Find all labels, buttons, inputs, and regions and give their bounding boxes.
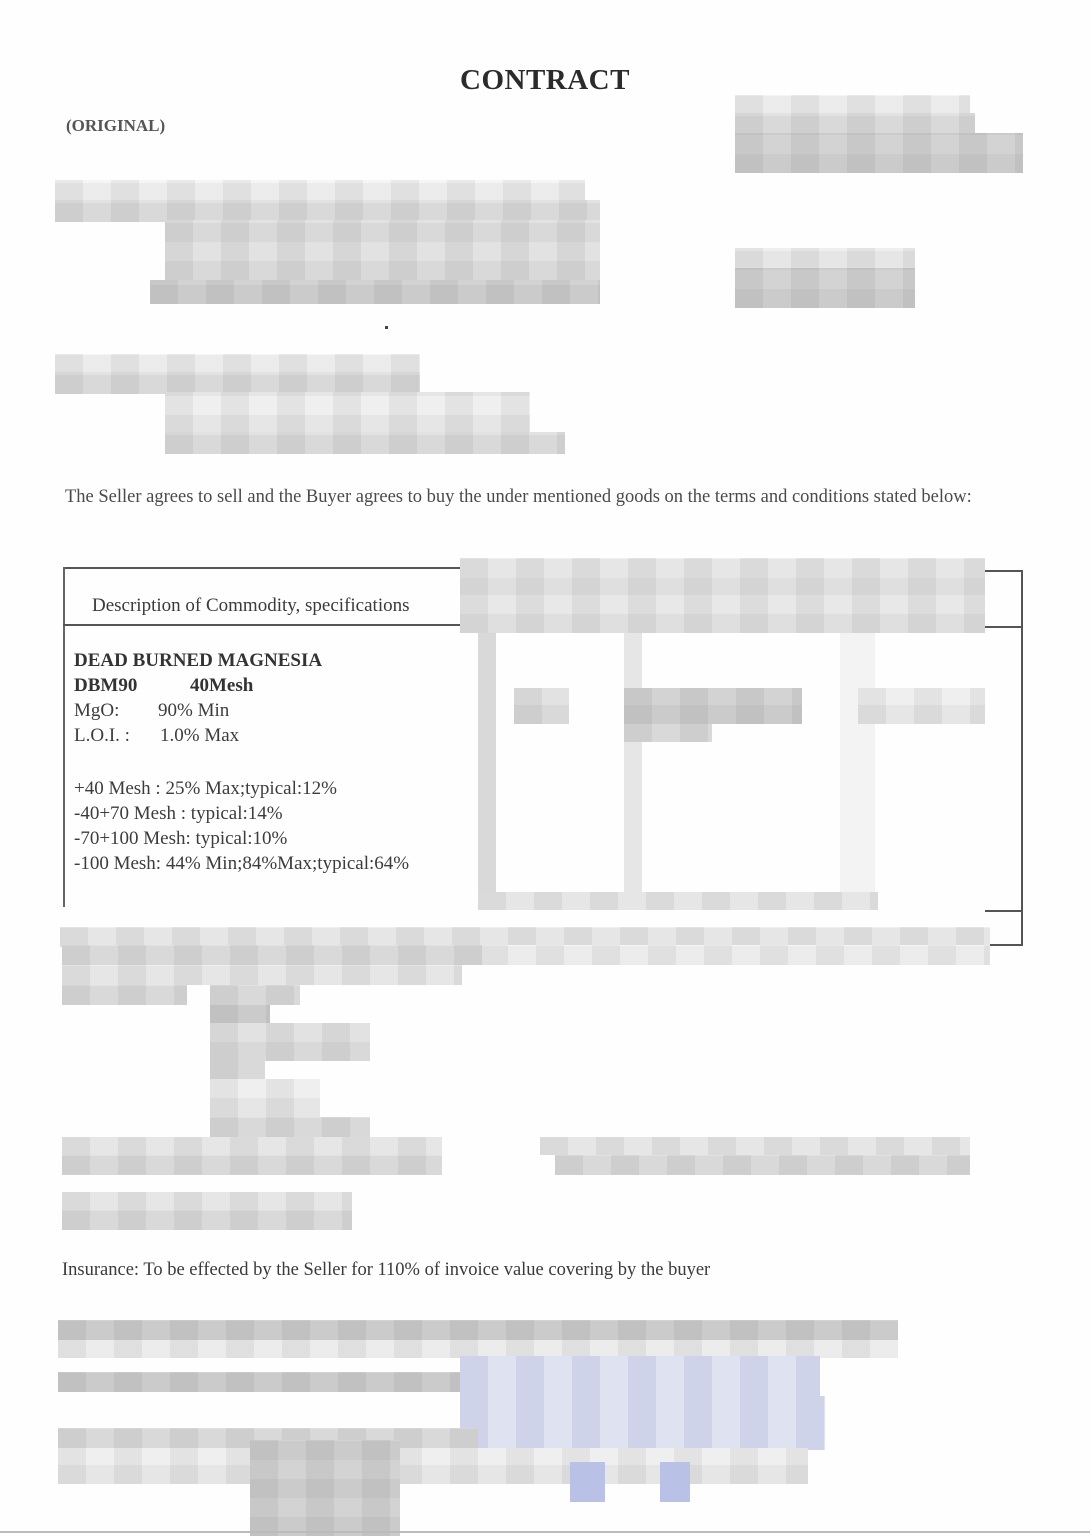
spec-label: L.O.I. : [74,725,130,747]
page-edge [0,1531,1090,1533]
product-size: 40Mesh [190,675,253,697]
spec-value: 1.0% Max [160,725,239,747]
document-title: CONTRACT [0,64,1090,97]
speck [385,326,388,329]
table-border-segment [985,944,1022,946]
product-grade: DBM90 [74,675,137,697]
mesh-line: -100 Mesh: 44% Min;84%Max;typical:64% [74,853,409,875]
spec-value: 90% Min [158,700,229,722]
product-name: DEAD BURNED MAGNESIA [74,650,322,672]
mesh-line: +40 Mesh : 25% Max;typical:12% [74,778,337,800]
table-border-segment [985,570,1022,572]
intro-paragraph: The Seller agrees to sell and the Buyer … [65,484,1035,511]
table-header-description: Description of Commodity, specifications [92,595,410,617]
table-header-divider [63,624,463,626]
spec-label: MgO: [74,700,119,722]
insurance-clause: Insurance: To be effected by the Seller … [62,1260,710,1281]
copy-label: (ORIGINAL) [66,116,165,136]
table-border-segment [985,626,1022,628]
mesh-line: -40+70 Mesh : typical:14% [74,803,283,825]
table-border-segment [985,910,1022,912]
table-border-top [63,567,463,569]
table-border-left [63,567,65,907]
mesh-line: -70+100 Mesh: typical:10% [74,828,287,850]
